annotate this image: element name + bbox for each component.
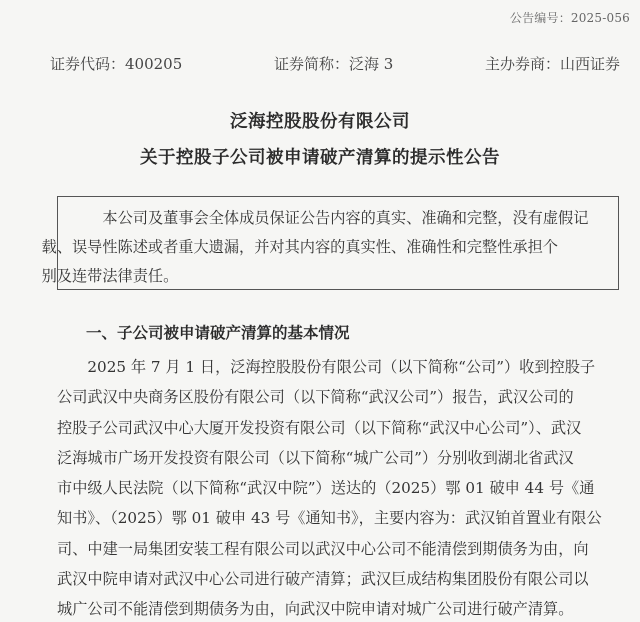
notice-line: 载、误导性陈述或者重大遗漏，并对其内容的真实性、准确性和完整性承担个	[72, 233, 604, 262]
announcement-title: 关于控股子公司被申请破产清算的提示性公告	[0, 144, 640, 169]
securities-meta-row: 证券代码：400205 证券简称：泛海 3 主办券商：山西证券	[50, 53, 620, 74]
section-paragraph: 2025 年 7 月 1 日，泛海控股股份有限公司（以下简称“公司”）收到控股子…	[57, 352, 623, 622]
paragraph-line: 司、中建一局集团安装工程有限公司以武汉中心公司不能清偿到期债务为由，向	[57, 534, 623, 564]
securities-short-name: 证券简称：泛海 3	[274, 53, 393, 74]
company-title: 泛海控股股份有限公司	[0, 108, 640, 133]
lead-broker: 主办券商：山西证券	[485, 53, 620, 74]
paragraph-line: 城广公司不能清偿到期债务为由，向武汉中院申请对城广公司进行破产清算。	[57, 594, 623, 622]
securities-code: 证券代码：400205	[50, 53, 182, 74]
announcement-page: 公告编号：2025-056 证券代码：400205 证券简称：泛海 3 主办券商…	[0, 0, 640, 622]
board-guarantee-notice-box: 本公司及董事会全体成员保证公告内容的真实、准确和完整，没有虚假记 载、误导性陈述…	[57, 196, 619, 290]
paragraph-line: 武汉中院申请对武汉中心公司进行破产清算；武汉巨成结构集团股份有限公司以	[57, 564, 623, 594]
paragraph-line: 泛海城市广场开发投资有限公司（以下简称“城广公司”）分别收到湖北省武汉	[57, 443, 623, 473]
paragraph-line: 知书》、（2025）鄂 01 破申 43 号《通知书》，主要内容为：武汉铂首置业…	[57, 503, 623, 533]
notice-line: 本公司及董事会全体成员保证公告内容的真实、准确和完整，没有虚假记	[72, 204, 604, 233]
announcement-number: 公告编号：2025-056	[510, 9, 630, 26]
paragraph-line: 公司武汉中央商务区股份有限公司（以下简称“武汉公司”）报告，武汉公司的	[57, 382, 623, 412]
paragraph-line: 2025 年 7 月 1 日，泛海控股股份有限公司（以下简称“公司”）收到控股子	[57, 352, 623, 382]
paragraph-line: 控股子公司武汉中心大厦开发投资有限公司（以下简称“武汉中心公司”）、武汉	[57, 413, 623, 443]
notice-line: 别及连带法律责任。	[72, 262, 604, 291]
paragraph-line: 市中级人民法院（以下简称“武汉中院”）送达的（2025）鄂 01 破申 44 号…	[57, 473, 623, 503]
notice-text: 本公司及董事会全体成员保证公告内容的真实、准确和完整，没有虚假记 载、误导性陈述…	[72, 204, 604, 291]
section-heading: 一、子公司被申请破产清算的基本情况	[86, 321, 350, 343]
